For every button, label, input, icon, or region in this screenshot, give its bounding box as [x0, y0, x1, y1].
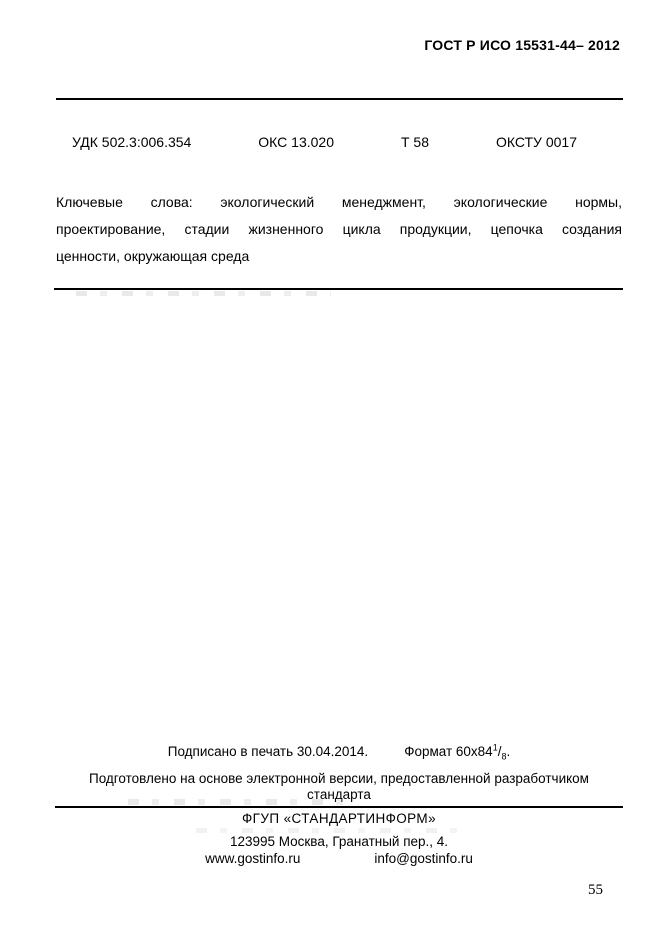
ghost-print-artifact [76, 291, 331, 296]
udk-code: УДК 502.3:006.354 [72, 134, 191, 150]
okstu-code: ОКСТУ 0017 [496, 134, 577, 150]
keyword-line: ценности, окружающая среда [56, 243, 622, 270]
publisher-name: ФГУП «СТАНДАРТИНФОРМ» [55, 811, 623, 826]
keyword-line: проектирование, стадии жизненного цикла … [56, 216, 622, 243]
imprint-line: Подписано в печать 30.04.2014. Формат 60… [55, 744, 623, 759]
publisher-email: info@gostinfo.ru [374, 851, 473, 866]
prepared-note-line: Подготовлено на основе электронной верси… [55, 771, 623, 787]
t-code: Т 58 [401, 134, 429, 150]
page-number: 55 [588, 882, 603, 899]
classification-row: УДК 502.3:006.354 ОКС 13.020 Т 58 ОКСТУ … [72, 134, 577, 150]
keywords-paragraph: Ключевые слова: экологический менеджмент… [56, 189, 622, 270]
publisher-website: www.gostinfo.ru [205, 851, 300, 866]
oks-code: ОКС 13.020 [258, 134, 334, 150]
document-page: ГОСТ Р ИСО 15531-44– 2012 УДК 502.3:006.… [0, 0, 661, 936]
publisher-contacts: www.gostinfo.ru info@gostinfo.ru [55, 851, 623, 866]
keyword-line: Ключевые слова: экологический менеджмент… [56, 189, 622, 216]
separator-rule [54, 288, 623, 290]
ghost-print-artifact [196, 828, 468, 833]
doc-code-header: ГОСТ Р ИСО 15531-44– 2012 [424, 37, 620, 53]
format-text: Формат 60х841/8. [404, 744, 510, 759]
signed-date-text: Подписано в печать 30.04.2014. [168, 744, 368, 759]
footer-rule [55, 806, 623, 808]
publisher-address: 123995 Москва, Гранатный пер., 4. [55, 834, 623, 849]
header-rule [56, 98, 623, 100]
ghost-print-artifact [128, 799, 343, 805]
